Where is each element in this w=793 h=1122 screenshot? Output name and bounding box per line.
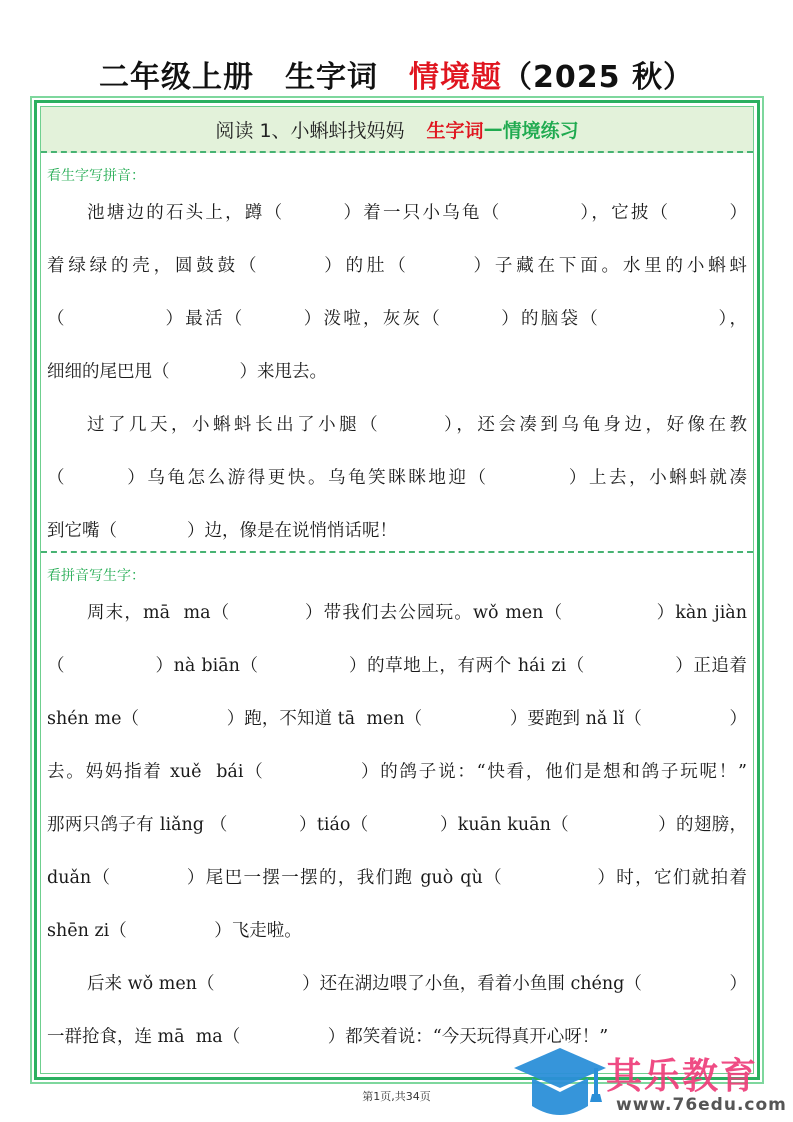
passage-line: （ ）最活（ ）泼啦，灰灰（ ）的脑袋（ ），: [47, 293, 747, 346]
worksheet-inner: 阅读 1、小蝌蚪找妈妈 生字词—情境练习 看生字写拼音： 池塘边的石头上，蹲（ …: [40, 106, 754, 1074]
title-part3: （2025 秋）: [502, 60, 694, 95]
section-write-characters: 看拼音写生字： 周末，mā ma（ ）带我们去公园玩。wǒ men（ ）kàn …: [41, 553, 753, 1064]
watermark-url: www.76edu.com: [616, 1095, 787, 1115]
passage-line: 那两只鸽子有 liǎng （ ）tiáo（ ）kuān kuān（ ）的翅膀，: [47, 799, 747, 852]
passage-line: 周末，mā ma（ ）带我们去公园玩。wǒ men（ ）kàn jiàn: [47, 587, 747, 640]
section-write-pinyin: 看生字写拼音： 池塘边的石头上，蹲（ ）着一只小乌龟（ ），它披（ ） 着绿绿的…: [41, 153, 753, 551]
lesson-title: 阅读 1、小蝌蚪找妈妈: [215, 116, 404, 143]
passage-line: 着绿绿的壳，圆鼓鼓（ ）的肚（ ）子藏在下面。水里的小蝌蚪: [47, 240, 747, 293]
passage-line: 池塘边的石头上，蹲（ ）着一只小乌龟（ ），它披（ ）: [47, 187, 747, 240]
header-dash: —: [484, 118, 503, 140]
header-red-label: 生字词: [427, 116, 484, 143]
watermark-brand: 其乐教育: [606, 1048, 758, 1099]
passage-2: 周末，mā ma（ ）带我们去公园玩。wǒ men（ ）kàn jiàn （ ）…: [41, 587, 753, 1064]
passage-line: shēn zi（ ）飞走啦。: [47, 905, 747, 958]
passage-line: （ ）乌龟怎么游得更快。乌龟笑眯眯地迎（ ）上去，小蝌蚪就凑: [47, 452, 747, 505]
passage-line: 后来 wǒ men（ ）还在湖边喂了小鱼，看着小鱼围 chéng（ ）: [47, 958, 747, 1011]
worksheet-frame: 阅读 1、小蝌蚪找妈妈 生字词—情境练习 看生字写拼音： 池塘边的石头上，蹲（ …: [34, 100, 760, 1080]
graduation-cap-icon: [512, 1046, 608, 1122]
passage-line: 过了几天，小蝌蚪长出了小腿（ ），还会凑到乌龟身边，好像在教: [47, 399, 747, 452]
page-title: 二年级上册 生字词 情境题（2025 秋）: [0, 52, 793, 96]
passage-line: 细细的尾巴甩（ ）来甩去。: [47, 346, 747, 399]
header-green-label: 情境练习: [503, 116, 579, 143]
passage-line: （ ）nà biān（ ）的草地上，有两个 hái zi（ ）正追着: [47, 640, 747, 693]
lesson-header: 阅读 1、小蝌蚪找妈妈 生字词—情境练习: [41, 107, 753, 153]
section-label: 看拼音写生字：: [41, 553, 753, 587]
passage-1: 池塘边的石头上，蹲（ ）着一只小乌龟（ ），它披（ ） 着绿绿的壳，圆鼓鼓（ ）…: [41, 187, 753, 558]
passage-line: 去。妈妈指着 xuě bái（ ）的鸽子说：“快看，他们是想和鸽子玩呢！”: [47, 746, 747, 799]
title-highlight: 情境题: [409, 60, 502, 95]
section-label: 看生字写拼音：: [41, 153, 753, 187]
watermark: 其乐教育 www.76edu.com: [510, 1042, 793, 1122]
passage-line: shén me（ ）跑，不知道 tā men（ ）要跑到 nǎ lǐ（ ）: [47, 693, 747, 746]
passage-line: duǎn（ ）尾巴一摆一摆的，我们跑 guò qù（ ）时，它们就拍着: [47, 852, 747, 905]
title-part1: 二年级上册 生字词: [99, 60, 409, 95]
